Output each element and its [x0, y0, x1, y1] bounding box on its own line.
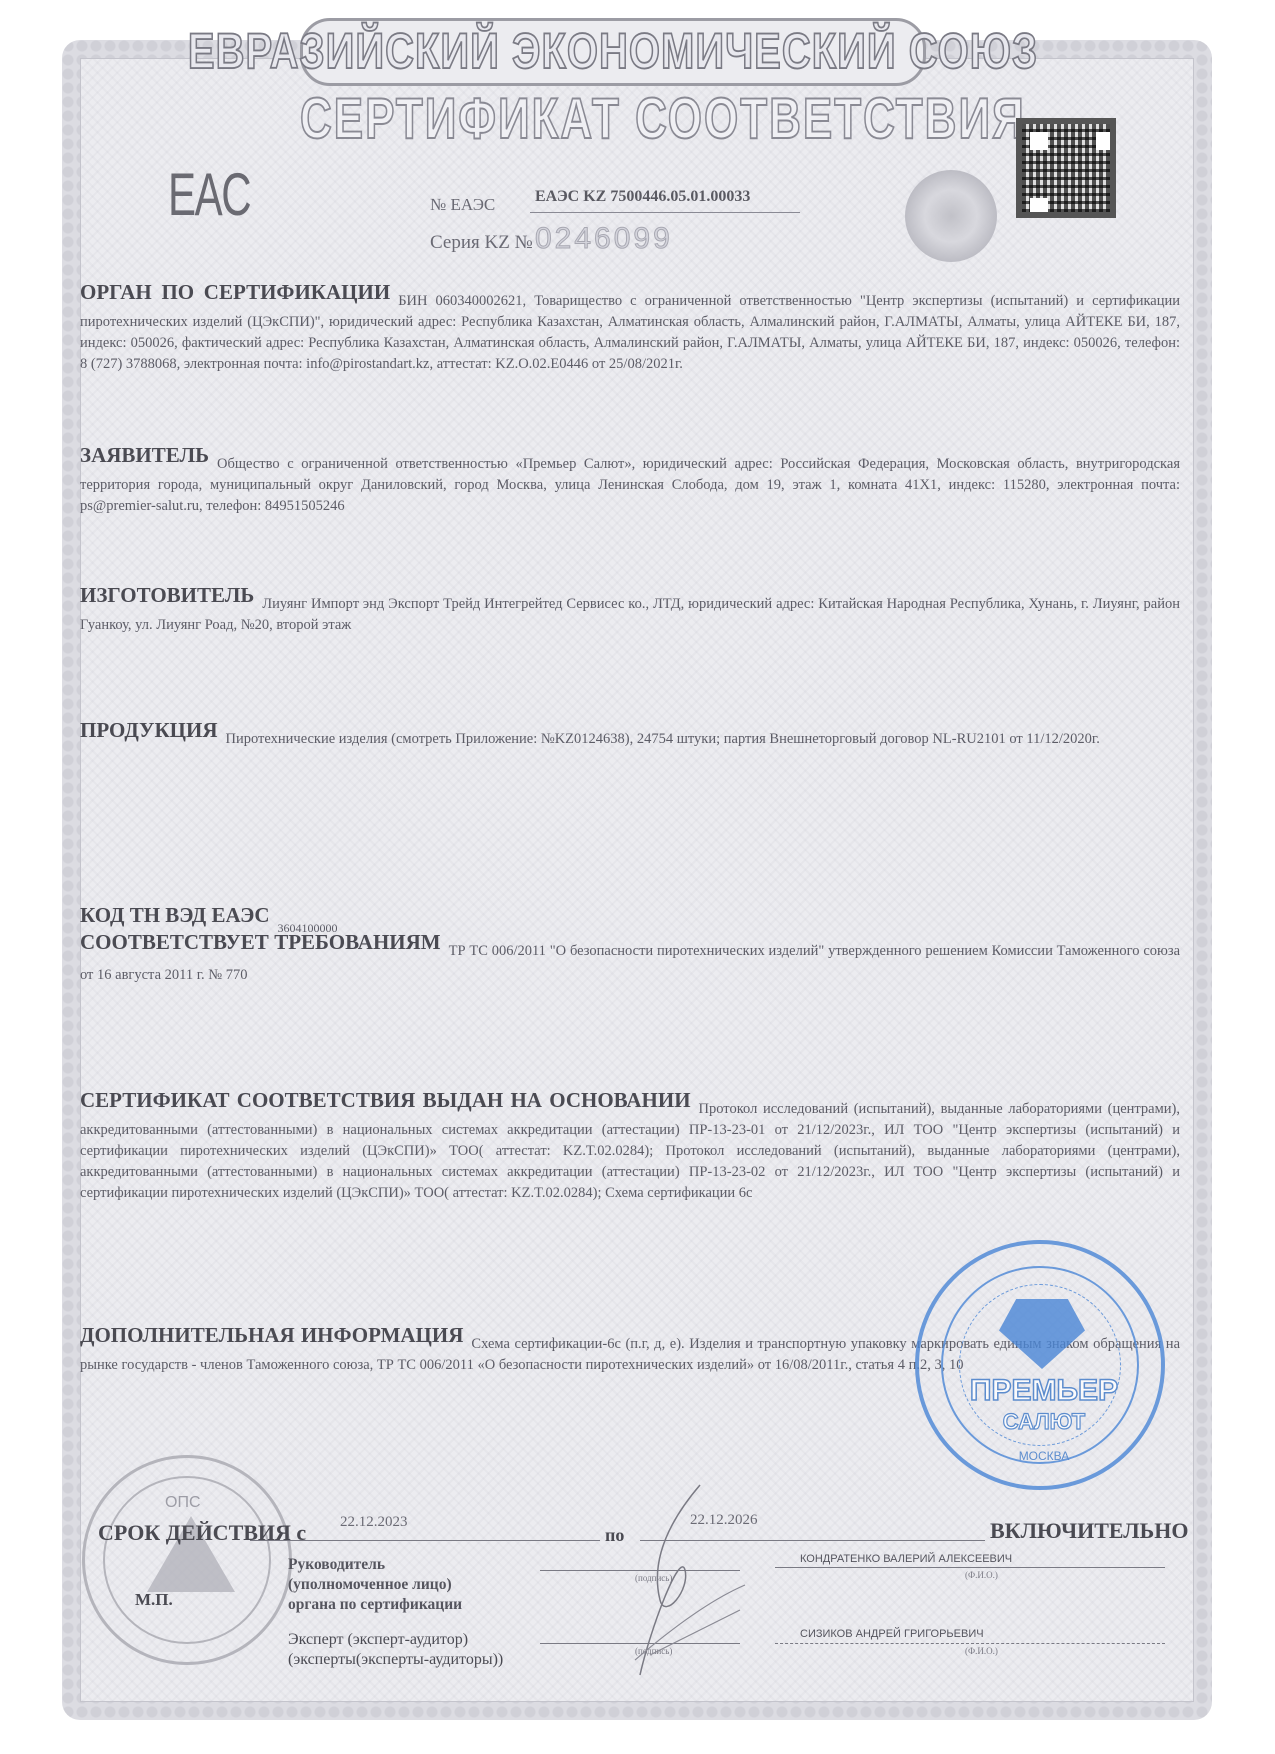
section-text: БИН 060340002621, Товарищество с огранич…	[80, 293, 1180, 372]
expert-name-caption: (Ф.И.О.)	[965, 1646, 998, 1656]
validity-to-label: по	[605, 1525, 624, 1546]
head-label-line-1: Руководитель	[288, 1555, 462, 1575]
document-title: СЕРТИФИКАТ СООТВЕТСТВИЯ	[300, 88, 920, 153]
section-heading: ПРОДУКЦИЯ	[80, 718, 218, 742]
section-text: Протокол исследований (испытаний), выдан…	[80, 1101, 1180, 1201]
handwritten-signature-icon	[630, 1480, 750, 1680]
expert-name-line	[775, 1643, 1165, 1644]
section-manufacturer: ИЗГОТОВИТЕЛЬЛиуянг Импорт энд Экспорт Тр…	[80, 585, 1180, 630]
seal-brand: ПРЕМЬЕР	[969, 1374, 1119, 1408]
expert-name: СИЗИКОВ АНДРЕЙ ГРИГОРЬЕВИЧ	[800, 1628, 984, 1640]
union-banner-text: ЕВРАЗИЙСКИЙ ЭКОНОМИЧЕСКИЙ СОЮЗ	[188, 24, 1038, 80]
section-product: ПРОДУКЦИЯПиротехнические изделия (смотре…	[80, 715, 1180, 748]
validity-from-date: 22.12.2023	[340, 1514, 408, 1531]
section-basis: СЕРТИФИКАТ СООТВЕТСТВИЯ ВЫДАН НА ОСНОВАН…	[80, 1090, 1180, 1198]
union-banner: ЕВРАЗИЙСКИЙ ЭКОНОМИЧЕСКИЙ СОЮЗ	[300, 18, 926, 86]
seal-city: МОСКВА	[969, 1449, 1119, 1463]
section-heading: ЗАЯВИТЕЛЬ	[80, 443, 209, 467]
section-text: Пиротехнические изделия (смотреть Прилож…	[226, 731, 1100, 747]
certificate-number-underline	[530, 212, 800, 213]
section-text: Общество с ограниченной ответственностью…	[80, 456, 1180, 514]
section-complies: СООТВЕТСТВУЕТ ТРЕБОВАНИЯМТР ТС 006/2011 …	[80, 930, 1180, 981]
section-hs-code: КОД ТН ВЭД ЕАЭС3604100000	[80, 905, 1180, 929]
seal-brand-secondary: САЛЮТ	[969, 1409, 1119, 1435]
head-name-line	[775, 1567, 1165, 1568]
section-heading: КОД ТН ВЭД ЕАЭС	[80, 903, 270, 927]
certification-body-seal-stamp: ОПС	[82, 1455, 292, 1665]
series-number: 0246099	[535, 222, 673, 256]
eac-logo-icon: EAC	[168, 160, 250, 229]
expert-label-line-2: (эксперты(эксперты-аудиторы))	[288, 1650, 503, 1670]
hologram-icon	[905, 170, 997, 262]
head-name: КОНДРАТЕНКО ВАЛЕРИЙ АЛЕКСЕЕВИЧ	[800, 1553, 1012, 1565]
certificate-number-label: № ЕАЭС	[430, 195, 495, 215]
validity-from-line	[250, 1540, 600, 1541]
expert-label-line-1: Эксперт (эксперт-аудитор)	[288, 1630, 503, 1650]
applicant-seal-stamp: ПРЕМЬЕР САЛЮТ МОСКВА	[915, 1240, 1165, 1490]
section-heading: СООТВЕТСТВУЕТ ТРЕБОВАНИЯМ	[80, 930, 441, 954]
series-label: Серия KZ №	[430, 232, 533, 254]
section-heading: СЕРТИФИКАТ СООТВЕТСТВИЯ ВЫДАН НА ОСНОВАН…	[80, 1088, 691, 1112]
head-label-line-2: (уполномоченное лицо)	[288, 1575, 462, 1595]
head-name-caption: (Ф.И.О.)	[965, 1570, 998, 1580]
certificate-number: ЕАЭС KZ 7500446.05.01.00033	[535, 188, 750, 206]
qr-code-icon	[1016, 118, 1116, 218]
section-applicant: ЗАЯВИТЕЛЬОбщество с ограниченной ответст…	[80, 445, 1180, 511]
section-certification-body: ОРГАН ПО СЕРТИФИКАЦИИБИН 060340002621, Т…	[80, 282, 1180, 369]
section-heading: ДОПОЛНИТЕЛЬНАЯ ИНФОРМАЦИЯ	[80, 1323, 463, 1347]
section-heading: ОРГАН ПО СЕРТИФИКАЦИИ	[80, 280, 390, 304]
validity-inclusive-label: ВКЛЮЧИТЕЛЬНО	[990, 1518, 1188, 1544]
head-label-line-3: органа по сертификации	[288, 1595, 462, 1615]
seal-label: ОПС	[165, 1494, 201, 1512]
head-signatory-label: Руководитель (уполномоченное лицо) орган…	[288, 1555, 462, 1615]
expert-signatory-label: Эксперт (эксперт-аудитор) (эксперты(эксп…	[288, 1630, 503, 1670]
stamp-place-mark: М.П.	[135, 1590, 173, 1610]
validity-label: СРОК ДЕЙСТВИЯ с	[98, 1520, 306, 1546]
section-heading: ИЗГОТОВИТЕЛЬ	[80, 583, 254, 607]
